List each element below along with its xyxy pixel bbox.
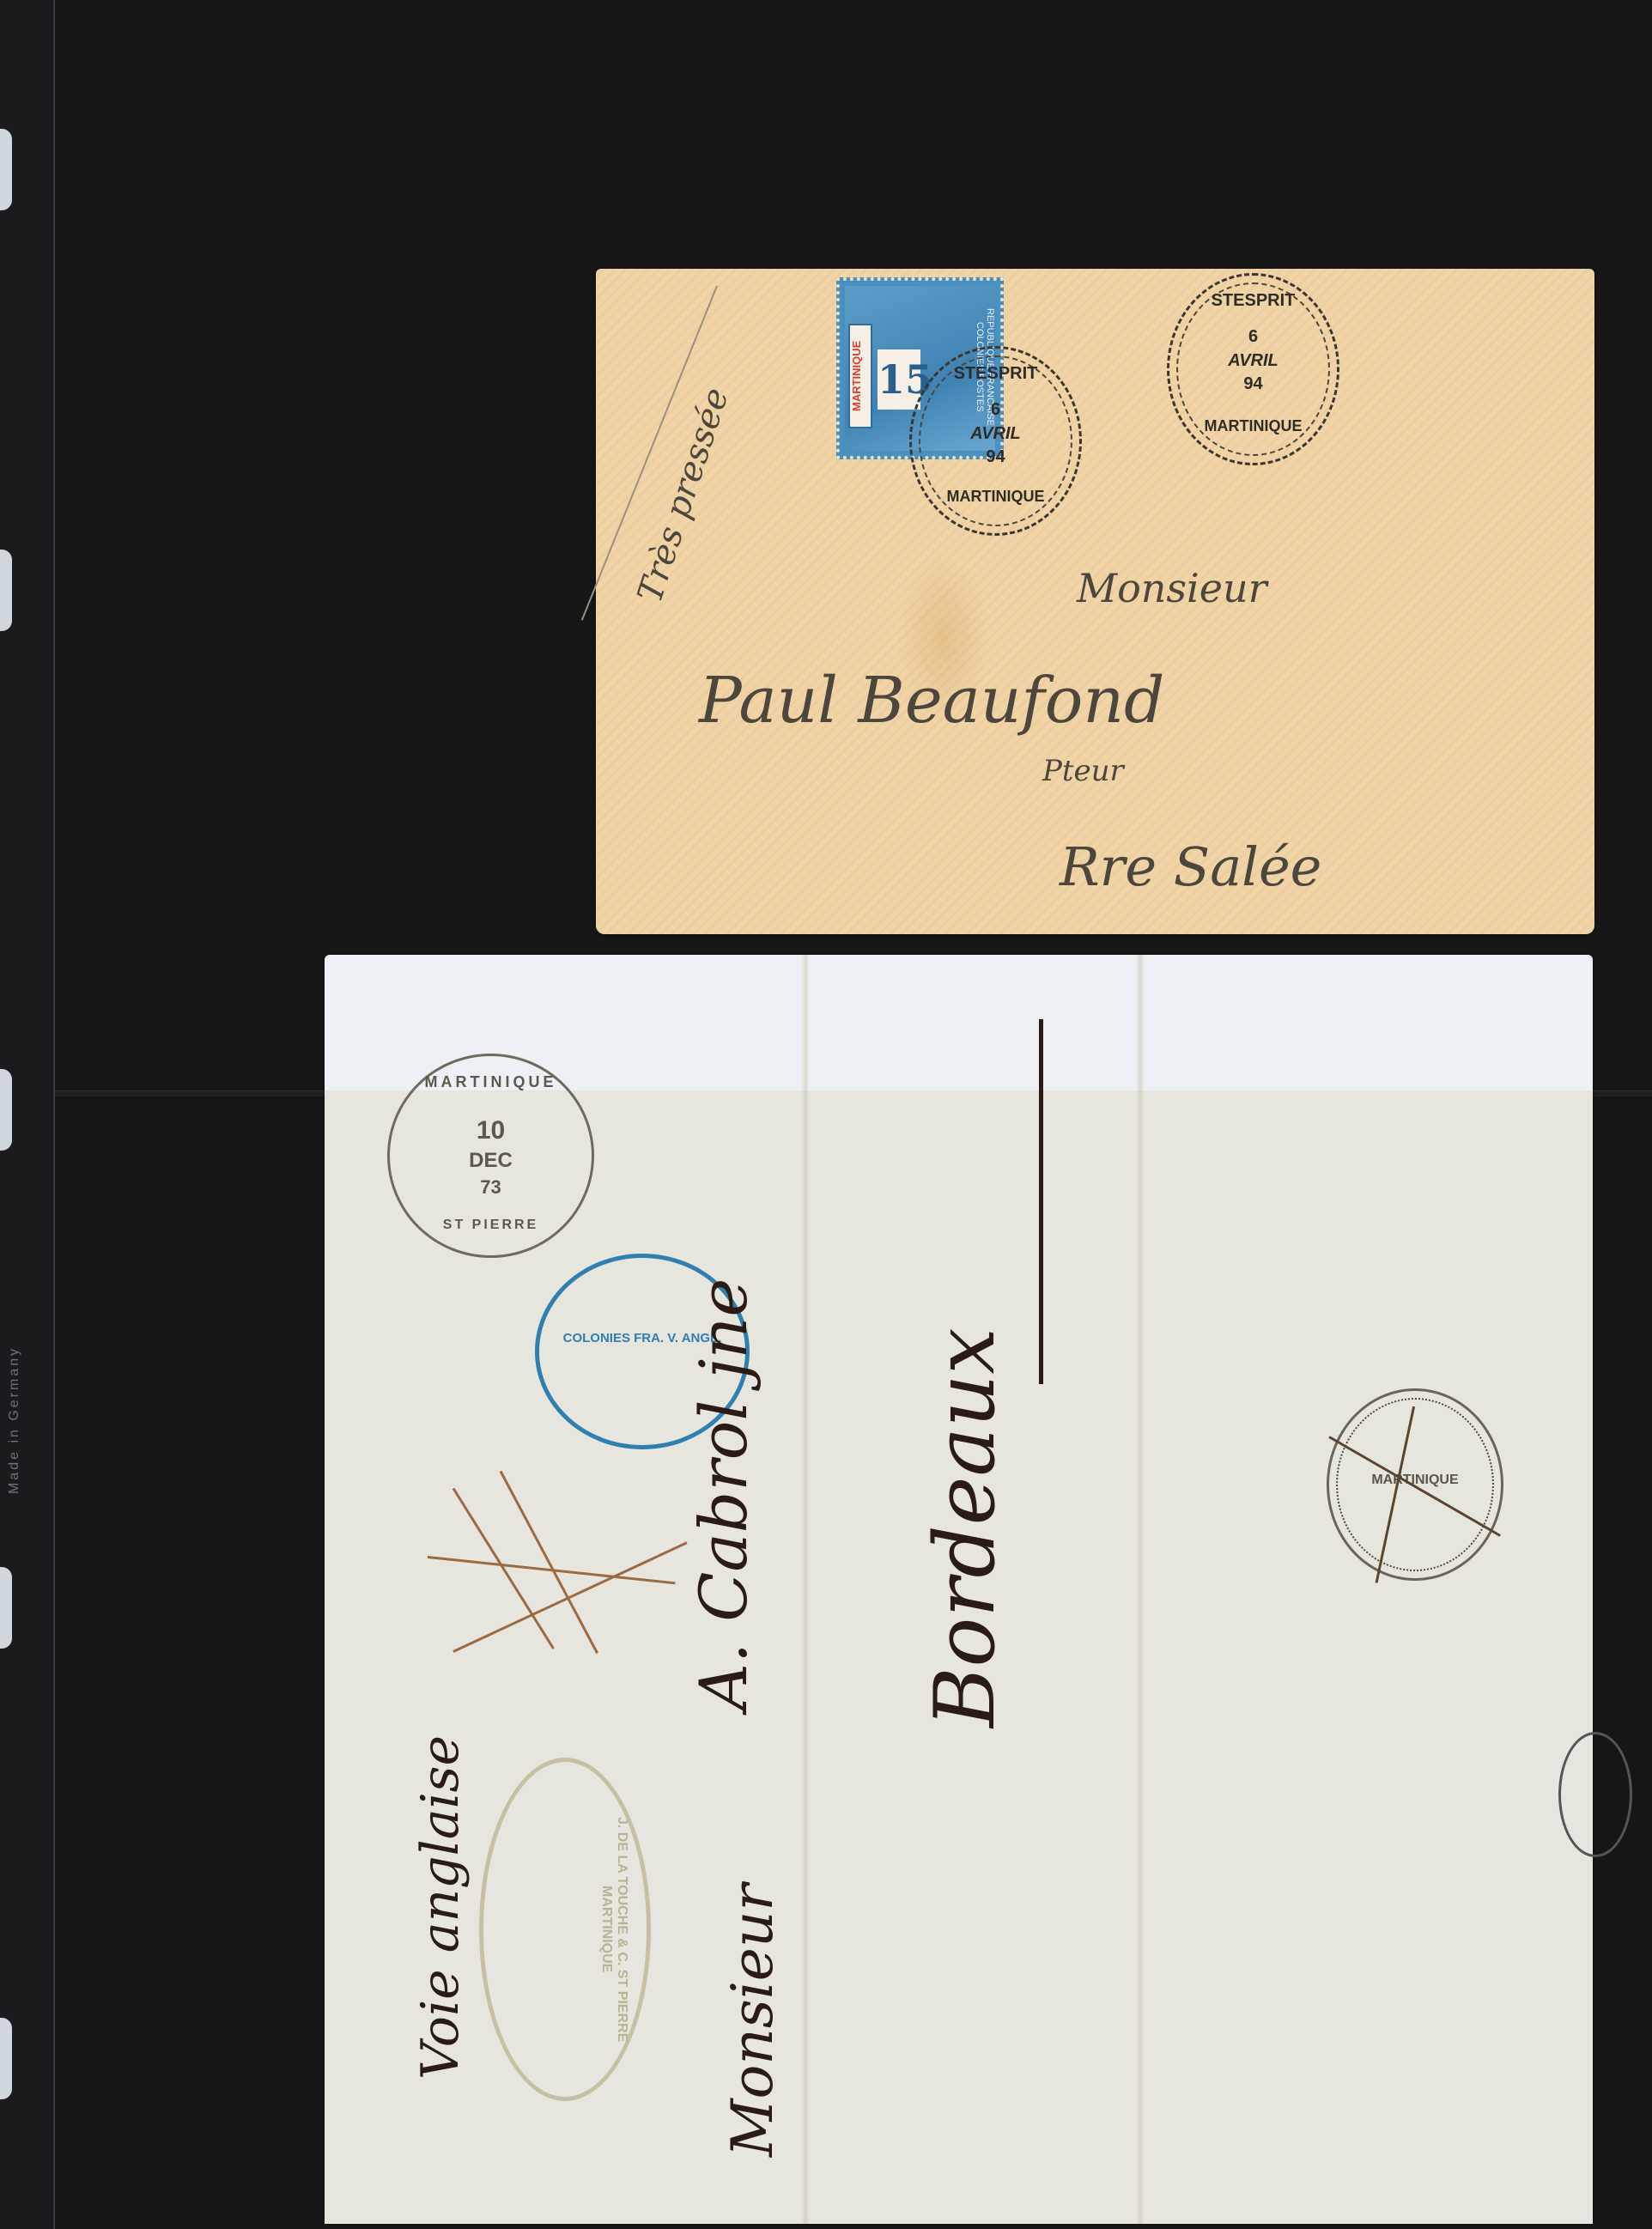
- paper-fold: [1136, 955, 1145, 2224]
- rate-stroke: [428, 1556, 676, 1584]
- punch-hole: [0, 1069, 12, 1151]
- address-name: Paul Beaufond: [699, 664, 1164, 738]
- company-handstamp: J. DE LA TOUCHE & C. ST PIERRE MARTINIQU…: [479, 1758, 651, 2101]
- punch-hole: [0, 550, 12, 631]
- punch-hole: [0, 1567, 12, 1649]
- rate-stroke: [452, 1541, 687, 1653]
- address-salutation: Monsieur: [1077, 565, 1267, 611]
- address-town: Rre Salée: [1060, 835, 1321, 898]
- folded-letter-1873: MARTINIQUE 10 DEC 73 ST PIERRE COLONIES …: [325, 955, 1593, 2224]
- address-city: Bordeaux: [917, 1327, 1013, 1728]
- postmark-1: STESPRIT 6 AVRIL 94 MARTINIQUE: [909, 346, 1082, 536]
- stamp-country: MARTINIQUE: [848, 324, 872, 428]
- binder-strip: Made in Germany: [0, 0, 55, 2229]
- address-line-2: Pteur: [1042, 754, 1124, 788]
- punch-hole: [0, 2018, 12, 2099]
- rate-stroke: [500, 1471, 598, 1654]
- docket-note: Très pressée: [630, 383, 737, 607]
- address-name: A. Cabrol jne: [685, 1278, 762, 1710]
- binder-imprint: Made in Germany: [7, 1219, 27, 1494]
- postmark-st-pierre: MARTINIQUE 10 DEC 73 ST PIERRE: [387, 1054, 594, 1258]
- cover-1894: Très pressée MARTINIQUE 15 REPUBLIQUE FR…: [596, 269, 1594, 934]
- city-underline: [1039, 1019, 1043, 1384]
- paper-fold: [801, 955, 810, 2224]
- address-salutation: Monsieur: [720, 1884, 786, 2157]
- route-instruction: Voie anglaise: [410, 1735, 471, 2080]
- partial-postmark: [1558, 1732, 1632, 1857]
- punch-hole: [0, 129, 12, 210]
- postmark-2: STESPRIT 6 AVRIL 94 MARTINIQUE: [1167, 273, 1339, 465]
